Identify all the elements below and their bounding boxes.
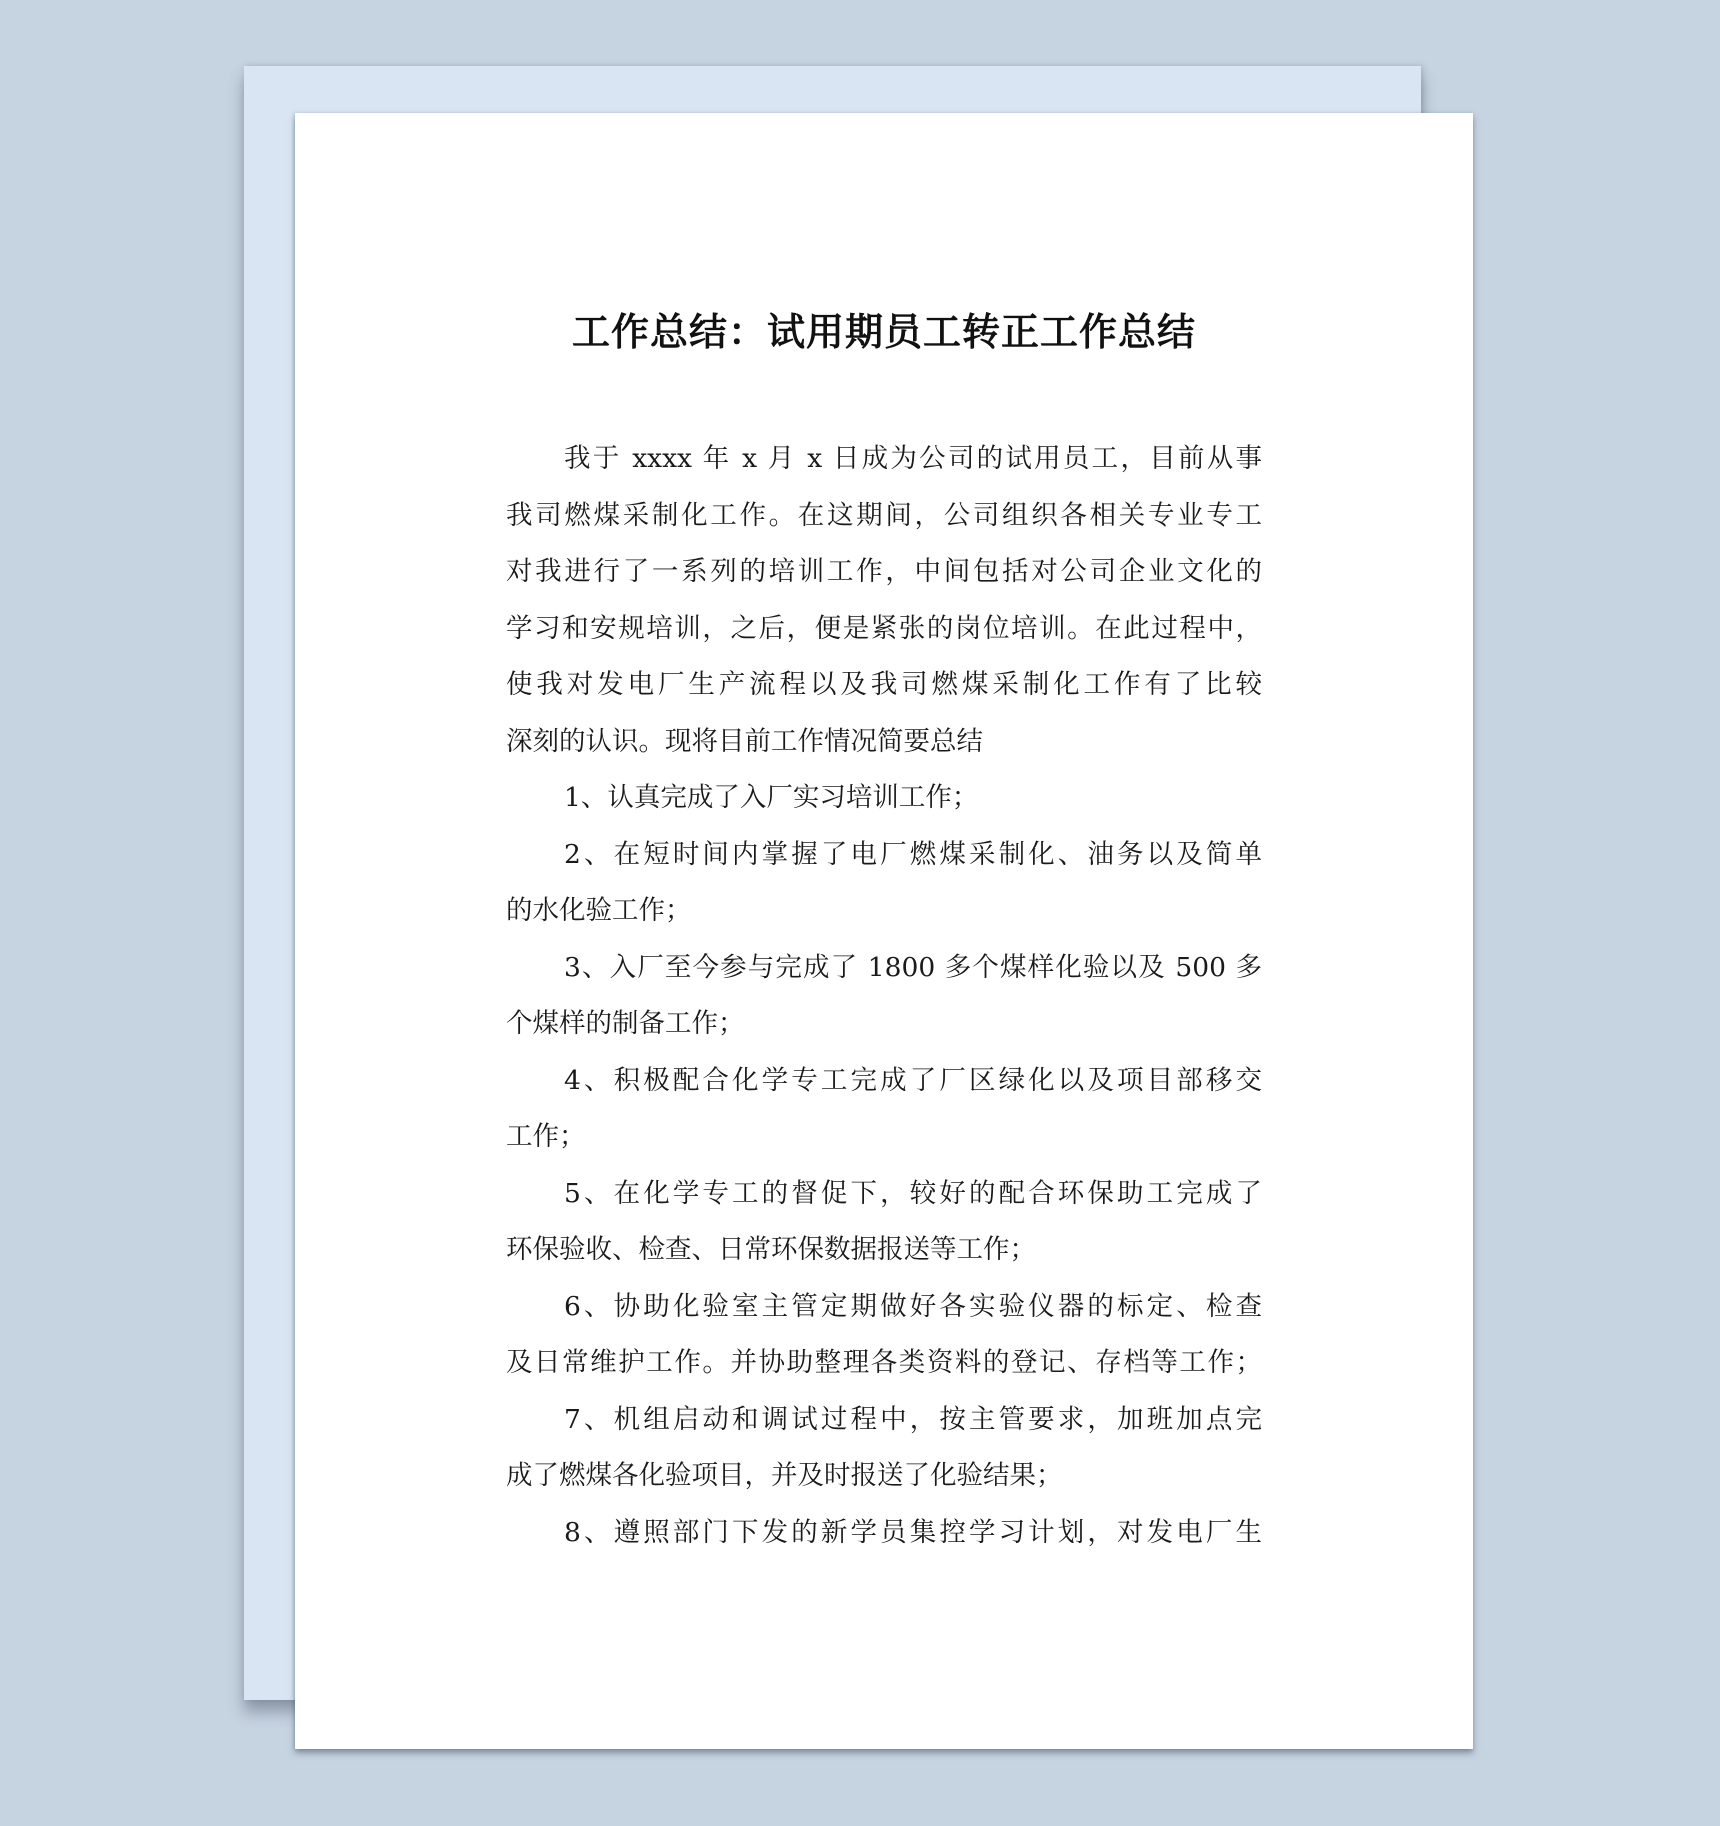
body-line: 环保验收、检查、日常环保数据报送等工作； [506,1222,1262,1279]
document-body: 我于 xxxx 年 x 月 x 日成为公司的试用员工，目前从事 我司燃煤采制化工… [506,431,1262,1561]
list-item-4: 4、积极配合化学专工完成了厂区绿化以及项目部移交 [506,1053,1262,1110]
list-item-3: 3、入厂至今参与完成了 1800 多个煤样化验以及 500 多 [506,940,1262,997]
body-line: 学习和安规培训，之后，便是紧张的岗位培训。在此过程中， [506,601,1262,658]
body-line: 我于 xxxx 年 x 月 x 日成为公司的试用员工，目前从事 [506,431,1262,488]
list-item-2: 2、在短时间内掌握了电厂燃煤采制化、油务以及简单 [506,827,1262,884]
body-line: 工作； [506,1109,1262,1166]
list-item-5: 5、在化学专工的督促下，较好的配合环保助工完成了 [506,1166,1262,1223]
body-line: 的水化验工作； [506,883,1262,940]
body-line: 我司燃煤采制化工作。在这期间，公司组织各相关专业专工 [506,488,1262,545]
list-item-7: 7、机组启动和调试过程中，按主管要求，加班加点完 [506,1392,1262,1449]
body-line: 深刻的认识。现将目前工作情况简要总结 [506,714,1262,771]
body-line: 成了燃煤各化验项目，并及时报送了化验结果； [506,1448,1262,1505]
body-line: 使我对发电厂生产流程以及我司燃煤采制化工作有了比较 [506,657,1262,714]
document-title: 工作总结：试用期员工转正工作总结 [295,301,1473,356]
list-item-6: 6、协助化验室主管定期做好各实验仪器的标定、检查 [506,1279,1262,1336]
list-item-1: 1、认真完成了入厂实习培训工作； [506,770,1262,827]
body-line: 对我进行了一系列的培训工作，中间包括对公司企业文化的 [506,544,1262,601]
list-item-8: 8、遵照部门下发的新学员集控学习计划，对发电厂生 [506,1505,1262,1562]
body-line: 及日常维护工作。并协助整理各类资料的登记、存档等工作； [506,1335,1262,1392]
body-line: 个煤样的制备工作； [506,996,1262,1053]
document-page: 工作总结：试用期员工转正工作总结 我于 xxxx 年 x 月 x 日成为公司的试… [295,113,1473,1749]
